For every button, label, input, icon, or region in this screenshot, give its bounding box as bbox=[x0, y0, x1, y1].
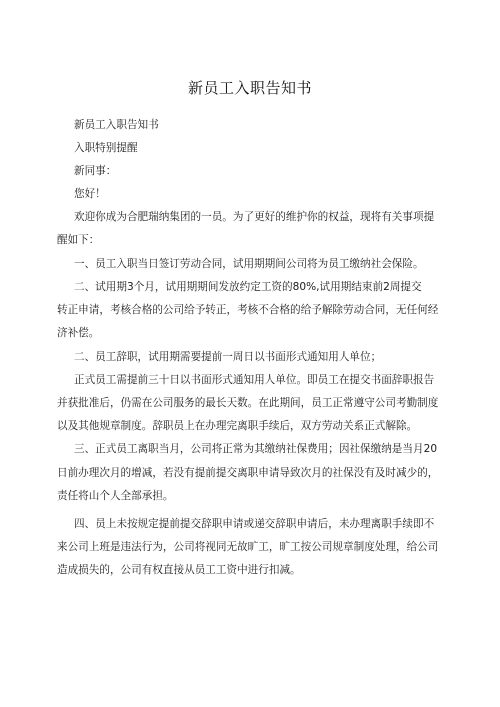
item-5-line-1: 三、正式员工离职当月，公司将正常为其缴纳社保费用；因社保缴纳是当月20 bbox=[74, 442, 437, 456]
intro-paragraph-line-2: 醒如下： bbox=[57, 233, 99, 247]
item-2-line-3: 济补偿。 bbox=[57, 326, 99, 340]
salutation: 新同事： bbox=[74, 164, 116, 178]
item-4-line-3: 以及其他规章制度。辞职员上在办理完离职手续后，双方劳动关系正式解除。 bbox=[57, 419, 417, 433]
item-5-line-3: 责任将山个人全部承担。 bbox=[57, 489, 174, 503]
greeting: 您好！ bbox=[74, 187, 106, 201]
section-heading: 入职特别提醒 bbox=[74, 141, 138, 155]
item-4-line-1: 正式员工需提前三十日以书面形式通知用人单位。即员工在提交书面辞职报告 bbox=[74, 373, 434, 387]
intro-paragraph-line-1: 欢迎你成为合肥瑞纳集团的一员。为了更好的维护你的权益，现将有关事项提 bbox=[74, 210, 434, 224]
item-6-line-3: 造成损失的，公司有权直接从员工工资中进行扣减。 bbox=[57, 563, 301, 577]
item-1-line-1: 一、员工入职当日签订劳动合同，试用期期间公司将为员工缴纳社会保险。 bbox=[74, 257, 424, 271]
item-6-line-2: 来公司上班是违法行为，公司将视同无故旷工，旷工按公司规章制度处理，给公司 bbox=[57, 540, 438, 554]
item-3-line-1: 二、员工辞职，试用期需要提前一周日以书面形式通知用人单位； bbox=[74, 350, 381, 364]
item-4-line-2: 并获批准后，仍需在公司服务的最长天数。在此期间，员工正常遵守公司考勤制度 bbox=[57, 396, 438, 410]
document-page: 新员工入职告知书 新员工入职告知书 入职特别提醒 新同事： 您好！ 欢迎你成为合… bbox=[0, 0, 500, 707]
item-2-line-1: 二、试用期3个月，试用期期间发放约定工资的80%,试用期结束前2周提交 bbox=[74, 280, 422, 294]
item-5-line-2: 日前办理次月的增减，若没有提前提交离职申请导致次月的社保没有及时减少的， bbox=[57, 466, 438, 480]
item-2-line-2: 转正申请，考核合格的公司给予转正，考核不合格的给予解除劳动合同，无任何经 bbox=[57, 303, 438, 317]
document-subtitle: 新员工入职告知书 bbox=[74, 118, 159, 132]
document-title: 新员工入职告知书 bbox=[0, 77, 500, 99]
item-6-line-1: 四、员上未按规定提前提交辞职申请或递交辞职申请后，未办理离职手续即不 bbox=[74, 517, 434, 531]
